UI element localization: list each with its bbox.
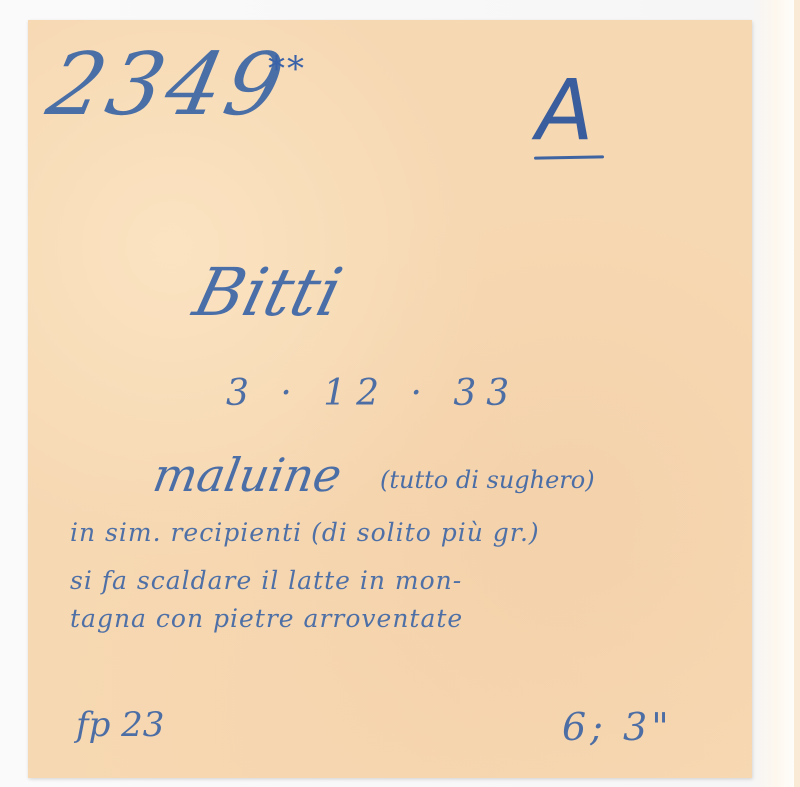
adjacent-card-edge: [794, 0, 800, 787]
description-line: tagna con pietre arroventate: [70, 606, 463, 631]
catalog-number: 2349: [41, 42, 294, 128]
scan-background: 2349 ** A Bitti 3 · 12 · 33 maluine (tut…: [0, 0, 800, 787]
place-name: Bitti: [188, 260, 348, 326]
description-line: in sim. recipienti (di solito più gr.): [70, 520, 540, 545]
index-card: 2349 ** A Bitti 3 · 12 · 33 maluine (tut…: [28, 20, 752, 778]
description-line: si fa scaldare il latte in mon-: [70, 568, 462, 593]
archive-reference: 6; 3": [562, 708, 673, 746]
record-date: 3 · 12 · 33: [226, 376, 519, 412]
series-letter: A: [536, 68, 593, 152]
term-note: (tutto di sughero): [380, 468, 595, 492]
series-letter-underline: [534, 155, 604, 159]
photo-reference: fp 23: [76, 708, 164, 742]
dialect-term: maluine: [150, 452, 345, 498]
catalog-asterisk-marks: **: [268, 52, 306, 86]
